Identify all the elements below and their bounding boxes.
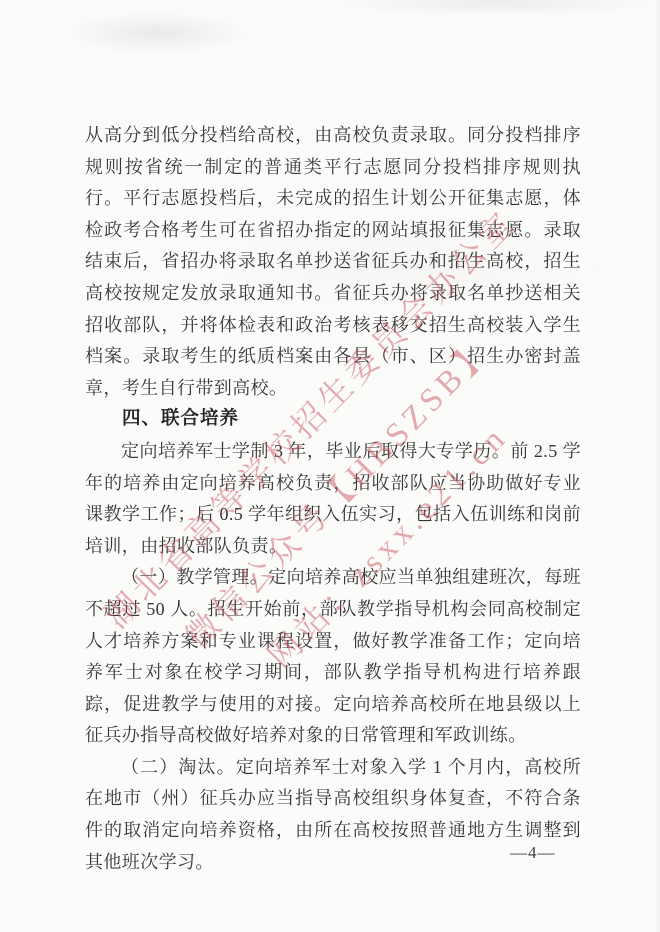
paragraph-admission-continuation: 从高分到低分投档给高校，由高校负责录取。同分投档排序规则按省统一制定的普通类平行… [85,120,581,404]
scan-artifact [62,12,252,54]
document-body: 从高分到低分投档给高校，由高校负责录取。同分投档排序规则按省统一制定的普通类平行… [85,120,581,878]
page-number: —4— [510,843,556,863]
document-page: 从高分到低分投档给高校，由高校负责录取。同分投档排序规则按省统一制定的普通类平行… [0,0,660,932]
paragraph-elimination: （二）淘汰。定向培养军士对象入学 1 个月内，高校所在地市（州）征兵办应当指导高… [85,752,581,878]
section-heading-joint-training: 四、联合培养 [85,404,581,436]
paragraph-teaching-management: （一）教学管理。定向培养高校应当单独组建班次，每班不超过 50 人。招生开始前，… [85,562,581,752]
scan-edge-shade [654,0,660,932]
scan-artifact [340,0,650,14]
paragraph-training-overview: 定向培养军士学制 3 年，毕业后取得大专学历。前 2.5 学年的培养由定向培养高… [85,436,581,562]
